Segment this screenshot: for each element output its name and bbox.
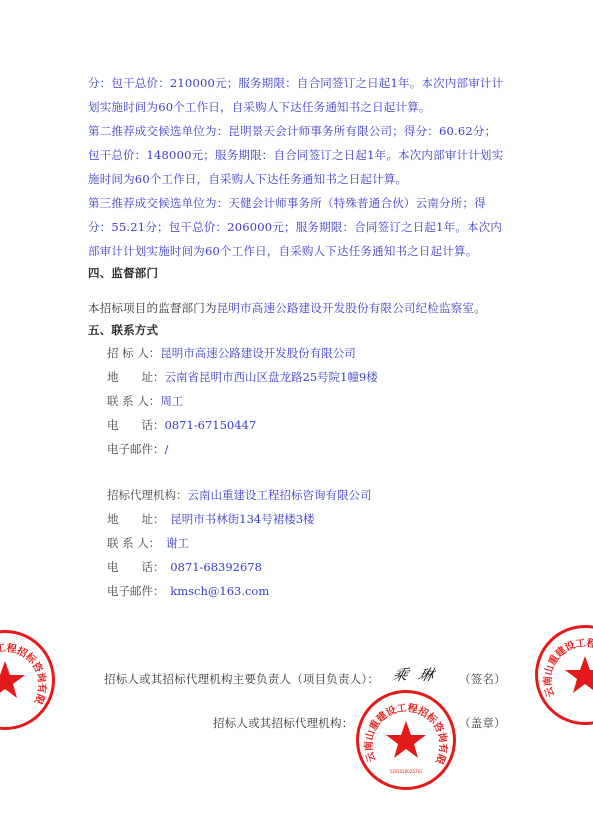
field-label: 联 系 人： [107,393,160,409]
tenderer-name: 昆明市高速公路建设开发股份有限公司 [160,346,356,360]
field-label: 电子邮件： [107,583,170,599]
award-text-line: 施时间为60个工作日，自采购人下达任务通知书之日起计算。 [88,171,407,187]
agency-contact: 谢工 [166,536,189,550]
handwritten-signature: 乘 琳 [390,664,439,685]
agency-phone-row: 电 话： 0871-68392678 [107,559,262,575]
tenderer-phone: 0871-67150447 [165,418,257,432]
field-label: 招标代理机构： [107,487,188,503]
agency-name-row: 招标代理机构：云南山重建设工程招标咨询有限公司 [107,487,372,503]
contact-heading: 五、联系方式 [88,322,158,338]
tenderer-email: / [165,442,169,456]
field-label: 联 系 人： [107,535,166,551]
stamp-label: 招标人或其招标代理机构： [213,715,353,731]
field-label: 电 话： [107,417,165,433]
supervision-prefix: 本招标项目的监督部门为 [88,301,217,315]
signature-label: 招标人或其招标代理机构主要负责人（项目负责人）： [104,671,379,687]
supervision-department: 昆明市高速公路建设开发股份有限公司纪检监察室 [217,301,474,315]
partial-seal-stamp-left: 云南山重建设工程招标咨询有限公司 [0,630,55,730]
supervision-heading: 四、监督部门 [88,265,158,281]
tenderer-address-row: 地 址：云南省昆明市西山区盘龙路25号院1幢9楼 [107,369,378,385]
tenderer-address: 云南省昆明市西山区盘龙路25号院1幢9楼 [165,370,378,384]
seal-star-icon: 云南山重建设工程招标咨询有限公司 [0,633,52,727]
stamp-suffix: （盖章） [459,715,506,731]
tenderer-name-row: 招 标 人：昆明市高速公路建设开发股份有限公司 [107,345,356,361]
partial-seal-stamp-right: 云南山重建设工程招标咨询有限公司 [535,625,593,725]
tenderer-email-row: 电子邮件：/ [107,441,168,457]
seal-star-icon: 云南山重建设工程招标咨询有限公司 [538,628,593,722]
agency-name: 云南山重建设工程招标咨询有限公司 [188,488,372,502]
supervision-text: 本招标项目的监督部门为昆明市高速公路建设开发股份有限公司纪检监察室。 [88,300,486,316]
agency-contact-row: 联 系 人： 谢工 [107,535,189,551]
award-text-line: 第二推荐成交候选单位为：昆明景天会计师事务所有限公司；得分：60.62分； [88,123,496,139]
field-label: 电 话： [107,559,170,575]
award-text-line: 分：包干总价：210000元；服务期限：自合同签订之日起1年。本次内部审计计 [88,75,503,91]
agency-email-row: 电子邮件： kmsch@163.com [107,583,269,599]
company-seal-stamp: 云南山重建设工程招标咨询有限公司 5301020025761 [356,690,456,790]
award-text-line: 第三推荐成交候选单位为：天健会计师事务所（特殊普通合伙）云南分所；得 [88,195,486,211]
tenderer-phone-row: 电 话：0871-67150447 [107,417,256,433]
field-label: 地 址： [107,369,165,385]
field-label: 地 址： [107,511,170,527]
field-label: 招 标 人： [107,345,160,361]
tenderer-contact-row: 联 系 人：周工 [107,393,183,409]
svg-text:5301020025761: 5301020025761 [389,769,423,774]
agency-email: kmsch@163.com [170,584,269,598]
seal-star-icon: 云南山重建设工程招标咨询有限公司 5301020025761 [359,693,453,787]
award-text-line: 部审计计划实施时间为60个工作日，自采购人下达任务通知书之日起计算。 [88,243,477,259]
agency-address-row: 地 址： 昆明市书林街134号裙楼3楼 [107,511,315,527]
award-text-line: 包干总价：148000元；服务期限：自合同签订之日起1年。本次内部审计计划实 [88,147,503,163]
award-text-line: 划实施时间为60个工作日，自采购人下达任务通知书之日起计算。 [88,99,431,115]
supervision-suffix: 。 [474,301,486,315]
award-text-line: 分：55.21分；包干总价：206000元；服务期限：合同签订之日起1年。本次内 [88,219,502,235]
tenderer-contact: 周工 [160,394,183,408]
agency-address: 昆明市书林街134号裙楼3楼 [170,512,314,526]
field-label: 电子邮件： [107,441,165,457]
signature-suffix: （签名） [459,671,506,687]
agency-phone: 0871-68392678 [170,560,262,574]
